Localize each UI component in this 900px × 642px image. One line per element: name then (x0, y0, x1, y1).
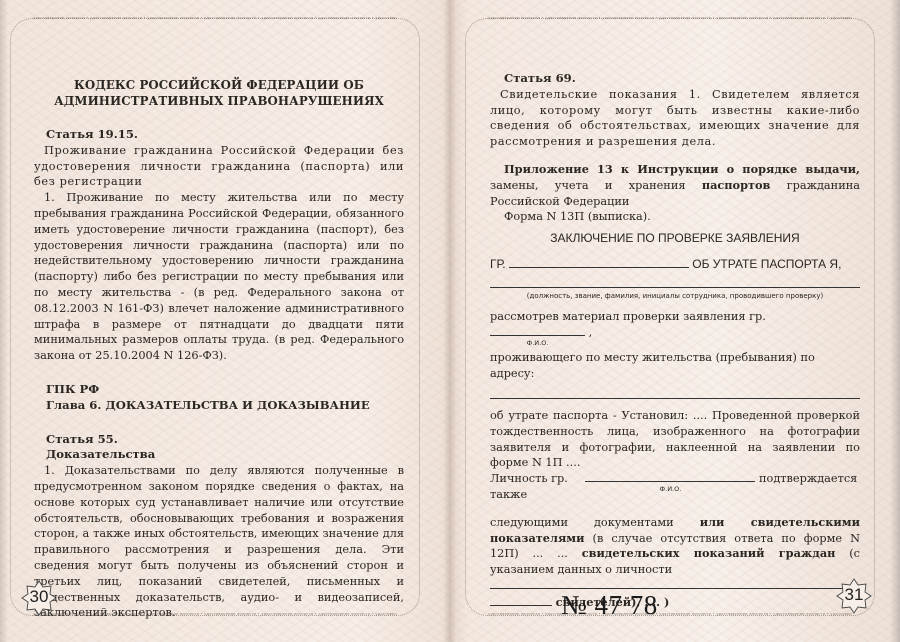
page-number: 31 (836, 585, 872, 605)
form-line-identity: Личность гр. Ф.И.О. подтверждается также (490, 471, 860, 503)
right-page-content: Статья 69. Свидетельские показания 1. Св… (490, 71, 860, 611)
passport-serial-number: № 47 78 (561, 590, 658, 621)
article-subtitle: Проживание гражданина Российской Федерац… (34, 143, 404, 190)
officer-field[interactable] (490, 287, 860, 288)
left-page: удостоверение личности • удостоверение л… (0, 0, 450, 642)
article-heading: Статья 69. (504, 71, 860, 87)
form-line-citizen: ГР. ОБ УТРАТЕ ПАСПОРТА Я, (490, 257, 860, 273)
left-page-content: КОДЕКС РОССИЙСКОЙ ФЕДЕРАЦИИ ОБ АДМИНИСТР… (34, 77, 404, 621)
form-reference: Форма N 13П (выписка). (504, 209, 860, 225)
article-paragraph: Свидетельские показания 1. Свидетелем яв… (490, 87, 860, 150)
article-paragraph: 1. Доказательствами по делу являются пол… (34, 463, 404, 621)
article-subtitle: Доказательства (46, 447, 404, 463)
witness-extra-field[interactable] (490, 605, 552, 606)
identity-fio-field[interactable] (585, 481, 755, 482)
article-paragraph: 1. Проживание по месту жительства или по… (34, 190, 404, 364)
form-line-reviewed: рассмотрев материал проверки заявления г… (490, 309, 860, 341)
border-microtext: удостоверение личности • удостоверение л… (33, 16, 397, 22)
form-title: ЗАКЛЮЧЕНИЕ ПО ПРОВЕРКЕ ЗАЯВЛЕНИЯ (490, 231, 860, 247)
passport-spread: удостоверение личности • удостоверение л… (0, 0, 900, 642)
page-number-badge: 30 (21, 580, 57, 616)
documents-text: следующими документами или свидетельским… (490, 515, 860, 578)
appendix-text: Приложение 13 к Инструкции о порядке выд… (490, 162, 860, 209)
border-microtext: удостоверение личности • удостоверение л… (488, 16, 852, 22)
code-title: КОДЕКС РОССИЙСКОЙ ФЕДЕРАЦИИ ОБ АДМИНИСТР… (34, 77, 404, 109)
form-line-residing: проживающего по месту жительства (пребыв… (490, 350, 860, 382)
page-number: 30 (21, 587, 57, 607)
article-heading: Статья 19.15. (46, 127, 404, 143)
article-heading: Статья 55. (46, 432, 404, 448)
right-page: удостоверение личности • удостоверение л… (450, 0, 900, 642)
established-text: об утрате паспорта - Установил: .... Про… (490, 408, 860, 471)
citizen-name-field[interactable] (509, 267, 689, 268)
form-line-witnesses: свидетелей), .... ) (490, 595, 860, 611)
applicant-fio-field[interactable] (490, 335, 585, 336)
page-number-badge: 31 (836, 578, 872, 614)
border-microtext: удостоверение личности • удостоверение л… (488, 612, 852, 618)
gpk-heading: ГПК РФ (46, 382, 404, 398)
chapter-heading: Глава 6. ДОКАЗАТЕЛЬСТВА И ДОКАЗЫВАНИЕ (46, 398, 404, 414)
officer-caption: (должность, звание, фамилия, инициалы со… (490, 291, 860, 301)
